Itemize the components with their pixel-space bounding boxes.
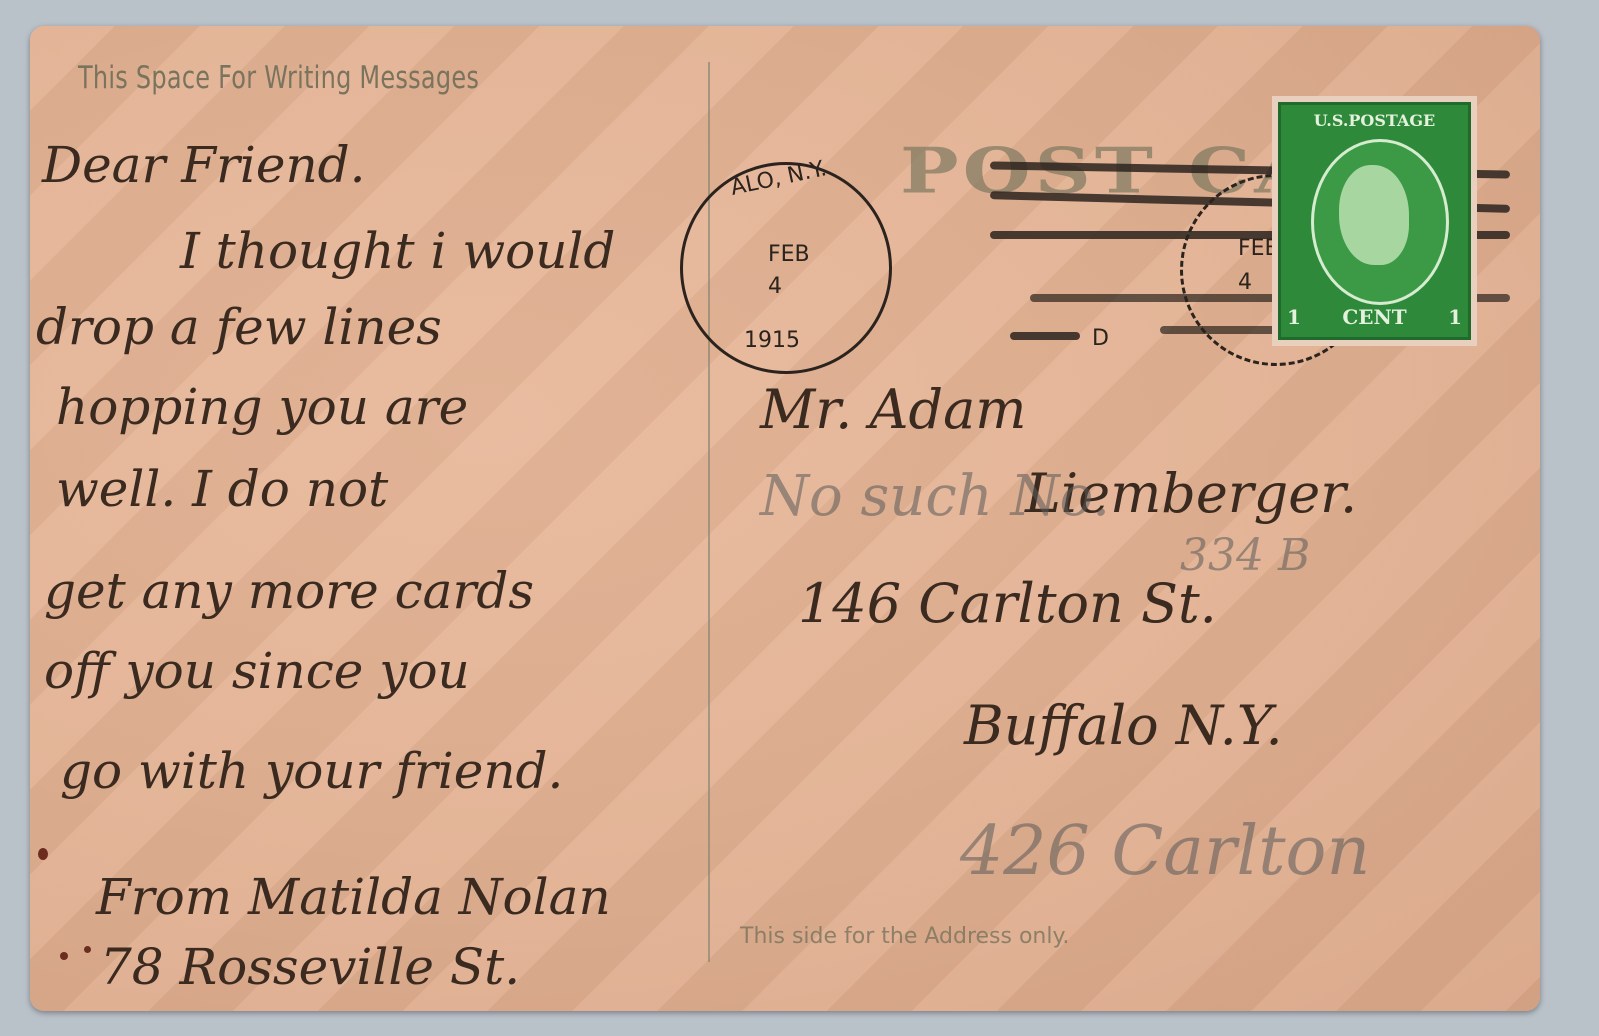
ink-spot (38, 848, 48, 860)
pencil-note: No such No. (760, 464, 1110, 529)
pencil-note: 426 Carlton (960, 812, 1370, 891)
message-line: I thought i would (180, 222, 615, 280)
postmark-left-day: 4 (768, 274, 782, 299)
message-line: off you since you (44, 642, 470, 700)
message-line: Dear Friend. (42, 136, 366, 194)
stamp-top-label: U.S.POSTAGE (1281, 111, 1468, 130)
stamp-face: U.S.POSTAGE 1 CENT 1 (1278, 102, 1471, 340)
message-line: get any more cards (44, 562, 534, 620)
message-line: 78 Rosseville St. (100, 938, 520, 996)
stamp-denomination-word: CENT (1342, 305, 1406, 329)
washington-portrait-icon (1339, 165, 1409, 265)
address-line: Buffalo N.Y. (964, 694, 1283, 757)
postmark-left-year: 1915 (744, 328, 800, 353)
postmark-left-month: FEB (768, 242, 810, 267)
ink-spot (84, 946, 91, 953)
message-line: drop a few lines (36, 298, 442, 356)
pencil-note: 334 B (1180, 530, 1310, 581)
message-line: From Matilda Nolan (96, 868, 611, 926)
ink-spot (60, 952, 68, 960)
printed-header: This Space For Writing Messages (78, 60, 479, 96)
postage-stamp: U.S.POSTAGE 1 CENT 1 (1272, 96, 1477, 346)
stamp-denomination-right: 1 (1448, 305, 1462, 329)
stamp-denomination: 1 CENT 1 (1287, 305, 1462, 329)
stamp-denomination-left: 1 (1287, 305, 1301, 329)
address-line: 146 Carlton St. (798, 572, 1217, 635)
postmark-right-letter: D (1092, 326, 1109, 351)
message-line: well. I do not (56, 460, 388, 518)
address-line: Mr. Adam (760, 378, 1026, 441)
postcard: This Space For Writing Messages POST CAR… (30, 26, 1540, 1011)
message-line: go with your friend. (60, 742, 563, 800)
message-line: hopping you are (56, 378, 468, 436)
printed-footer: This side for the Address only. (740, 924, 1069, 949)
postmark-right-day: 4 (1238, 270, 1252, 295)
cancel-line (1010, 332, 1080, 340)
